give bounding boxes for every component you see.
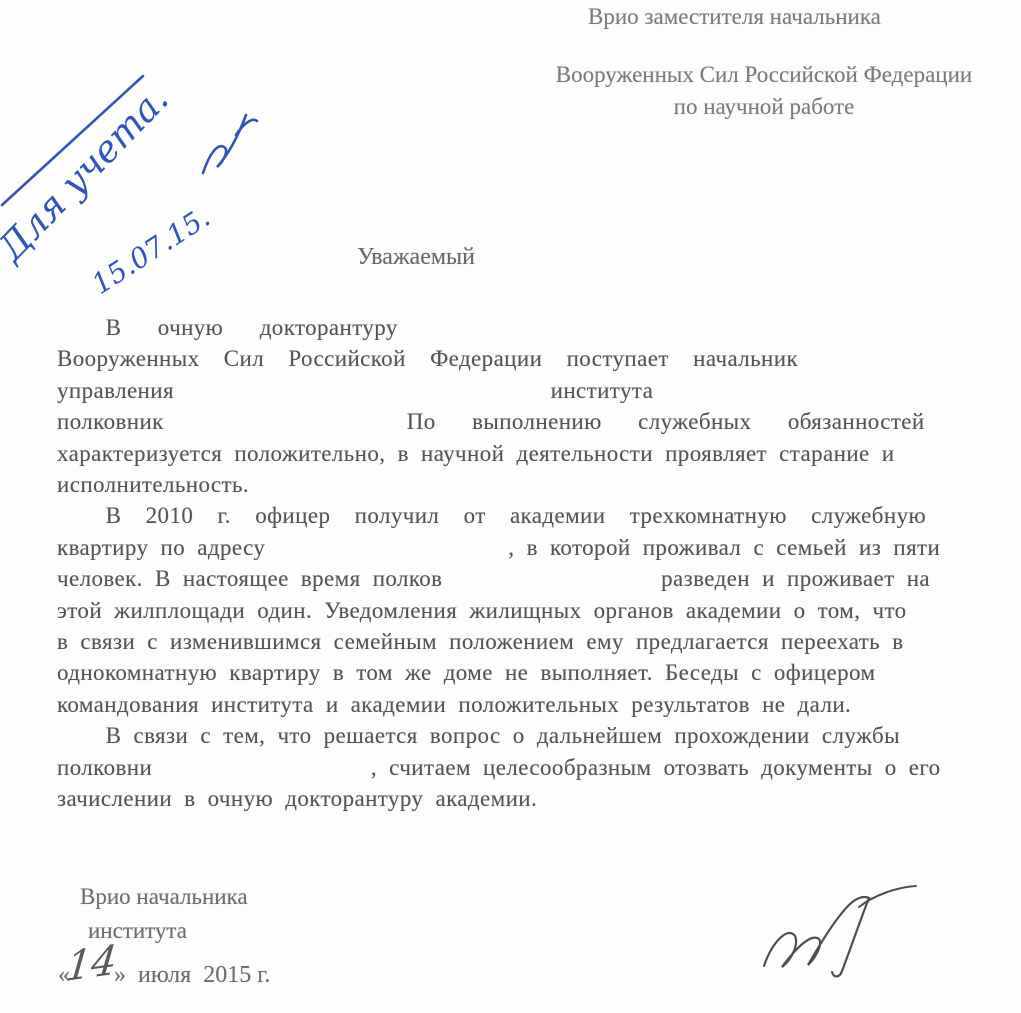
body-line: управления института <box>57 375 1017 406</box>
body-line: в связи с изменившимся семейным положени… <box>57 626 1017 657</box>
date-text: июля 2015 г. <box>126 962 270 988</box>
annotation-initials-scribble <box>203 115 257 173</box>
body-line: этой жилплощади один. Уведомления жилищн… <box>57 595 1017 626</box>
body-line: характеризуется положительно, в научной … <box>57 438 1017 469</box>
body-line: В очную докторантуру <box>57 312 1017 343</box>
body-line: командования института и академии положи… <box>57 689 1017 720</box>
annotation-date: 15.07.15. <box>86 200 216 300</box>
body-lines: В очную докторантуруВооруженных Сил Росс… <box>57 312 1017 815</box>
handwritten-annotation: Для учета. 15.07.15. <box>0 55 300 320</box>
body-line: однокомнатную квартиру в том же доме не … <box>57 657 1017 688</box>
header-line-1: Врио заместителя начальника <box>588 4 881 30</box>
signature-scribble <box>750 856 990 1006</box>
body-line: квартиру по адресу , в которой проживал … <box>57 532 1017 563</box>
body-line: полковни , считаем целесообразным отозва… <box>57 752 1017 783</box>
header-line-3: по научной работе <box>511 94 1017 120</box>
body-line: В 2010 г. офицер получил от академии тре… <box>57 500 1017 531</box>
salutation: Уважаемый <box>357 244 475 271</box>
header-line-2: Вооруженных Сил Российской Федерации <box>511 62 1017 88</box>
body-line: Вооруженных Сил Российской Федерации пос… <box>57 343 1017 374</box>
body-line: исполнительность. <box>57 469 1017 500</box>
body-line: человек. В настоящее время полков развед… <box>57 563 1017 594</box>
handwritten-day: 14 <box>64 940 119 988</box>
body-line: зачислении в очную докторантуру академии… <box>57 783 1017 814</box>
body-line: В связи с тем, что решается вопрос о дал… <box>57 720 1017 751</box>
body-line: полковник По выполнению служебных обязан… <box>57 406 1017 437</box>
signoff-title-line-1: Врио начальника <box>80 884 248 910</box>
scanned-letter-page: Врио заместителя начальника Вооруженных … <box>0 0 1021 1013</box>
